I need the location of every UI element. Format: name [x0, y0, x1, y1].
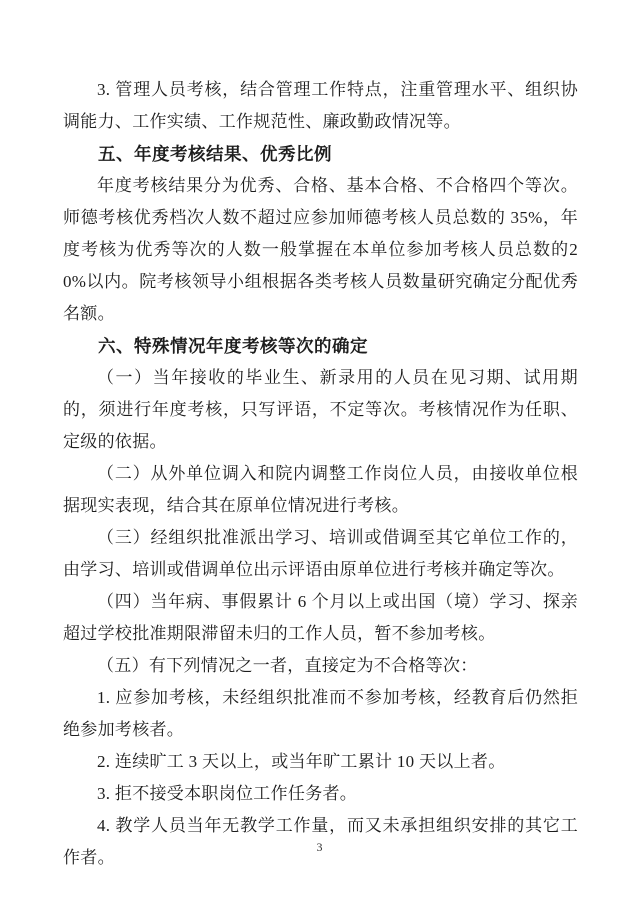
paragraph: 3. 拒不接受本职岗位工作任务者。: [63, 778, 578, 810]
paragraph: 1. 应参加考核，未经组织批准而不参加考核，经教育后仍然拒绝参加考核者。: [63, 682, 578, 746]
page-number: 3: [0, 840, 639, 855]
section-heading: 六、特殊情况年度考核等次的确定: [63, 330, 578, 362]
paragraph: （五）有下列情况之一者，直接定为不合格等次：: [63, 650, 578, 682]
section-heading: 五、年度考核结果、优秀比例: [63, 138, 578, 170]
paragraph: （一）当年接收的毕业生、新录用的人员在见习期、试用期的，须进行年度考核，只写评语…: [63, 362, 578, 458]
paragraph: 年度考核结果分为优秀、合格、基本合格、不合格四个等次。师德考核优秀档次人数不超过…: [63, 170, 578, 330]
paragraph: （三）经组织批准派出学习、培训或借调至其它单位工作的，由学习、培训或借调单位出示…: [63, 522, 578, 586]
paragraph: （四）当年病、事假累计 6 个月以上或出国（境）学习、探亲超过学校批准期限滞留未…: [63, 586, 578, 650]
document-page: 3. 管理人员考核，结合管理工作特点，注重管理水平、组织协调能力、工作实绩、工作…: [0, 0, 639, 905]
paragraph: （二）从外单位调入和院内调整工作岗位人员，由接收单位根据现实表现，结合其在原单位…: [63, 458, 578, 522]
paragraph: 3. 管理人员考核，结合管理工作特点，注重管理水平、组织协调能力、工作实绩、工作…: [63, 74, 578, 138]
document-body: 3. 管理人员考核，结合管理工作特点，注重管理水平、组织协调能力、工作实绩、工作…: [63, 74, 578, 874]
paragraph: 2. 连续旷工 3 天以上，或当年旷工累计 10 天以上者。: [63, 746, 578, 778]
